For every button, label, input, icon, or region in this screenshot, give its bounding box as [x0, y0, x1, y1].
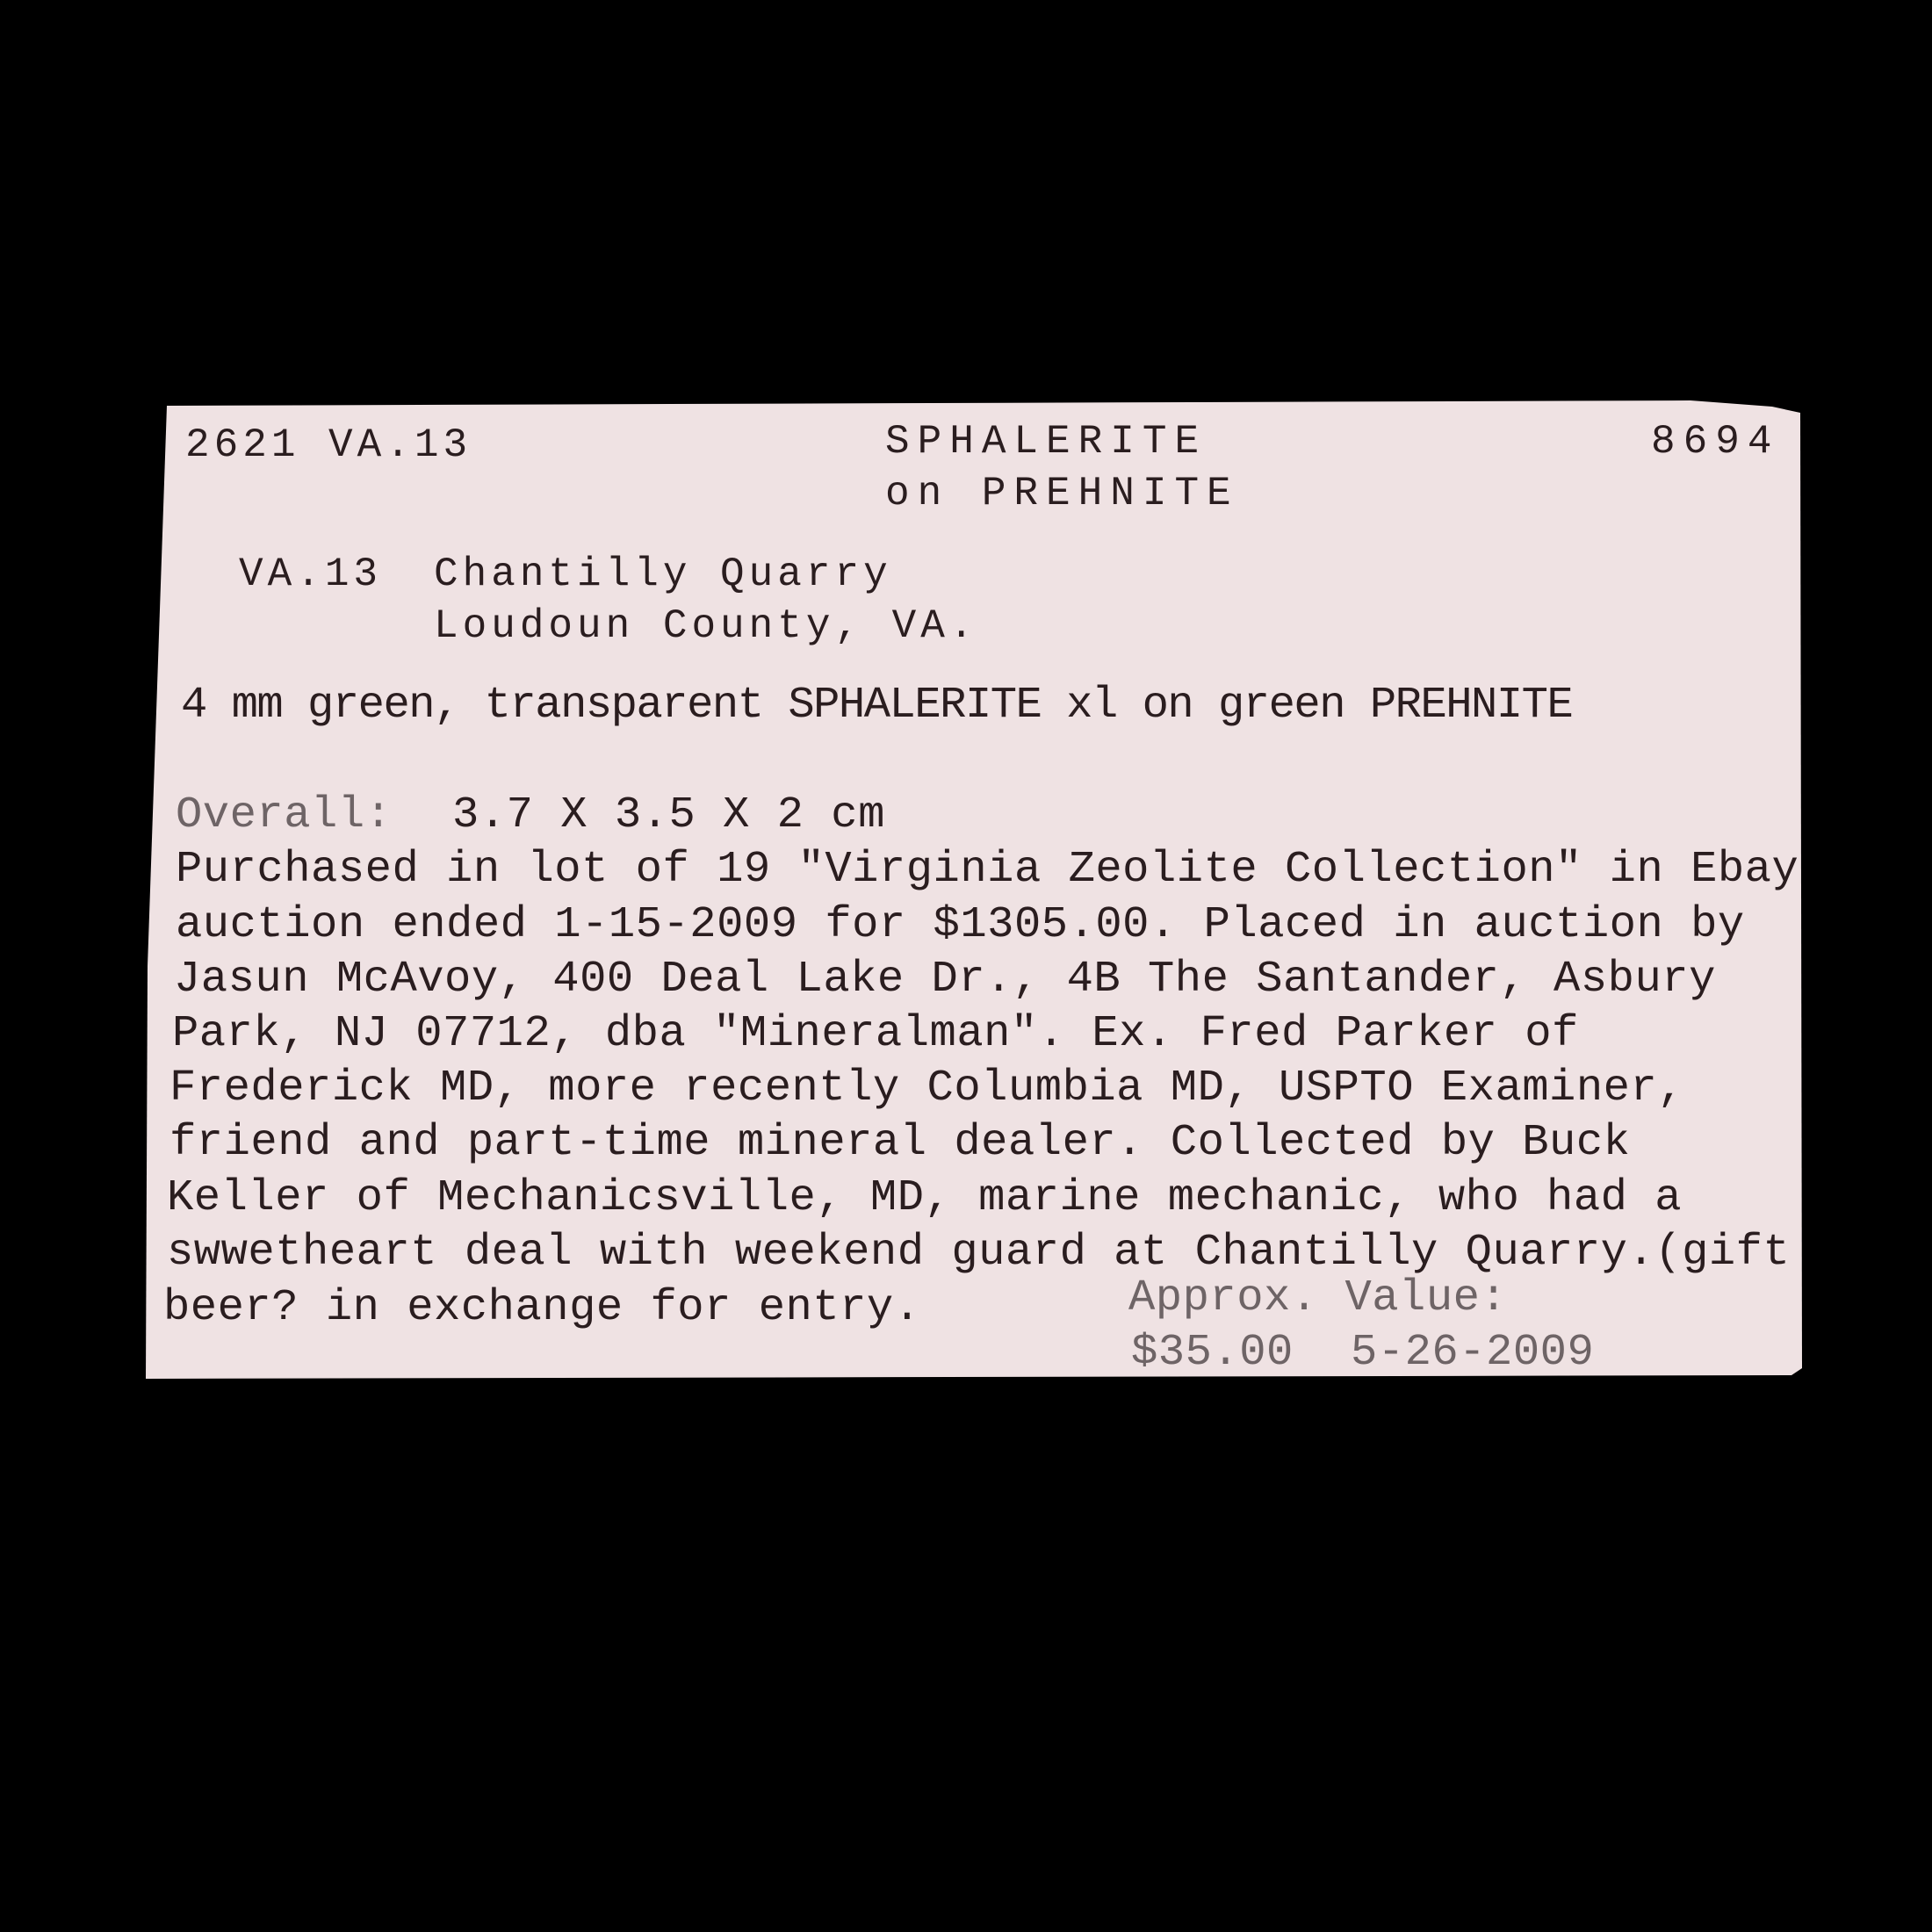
valuation-date: 5-26-2009: [1351, 1331, 1594, 1376]
approx-value-label: Approx. Value:: [1128, 1277, 1507, 1322]
provenance-line: Frederick MD, more recently Columbia MD,…: [169, 1067, 1684, 1112]
provenance-line: swwetheart deal with weekend guard at Ch…: [167, 1231, 1790, 1276]
specimen-number: 8694: [1651, 422, 1779, 462]
locality-region: Loudoun County, VA.: [434, 606, 978, 646]
provenance-line: Park, NJ 07712, dba "Mineralman". Ex. Fr…: [172, 1013, 1579, 1057]
approx-value-amount: $35.00: [1131, 1331, 1294, 1376]
provenance-line: auction ended 1-15-2009 for $1305.00. Pl…: [176, 904, 1745, 948]
dimensions-label: Overall:: [176, 794, 392, 839]
catalog-number: 2621 VA.13: [185, 425, 472, 465]
provenance-line: friend and part-time mineral dealer. Col…: [169, 1121, 1630, 1166]
dimensions-value: 3.7 X 3.5 X 2 cm: [452, 794, 885, 839]
locality-code: VA.13: [239, 554, 382, 595]
provenance-line: Jasun McAvoy, 400 Deal Lake Dr., 4B The …: [174, 958, 1716, 1003]
mineral-title-line-1: SPHALERITE: [885, 422, 1207, 462]
specimen-description: 4 mm green, transparent SPHALERITE xl on…: [181, 684, 1572, 729]
provenance-line: Purchased in lot of 19 "Virginia Zeolite…: [176, 848, 1799, 893]
locality-name: Chantilly Quarry: [434, 554, 892, 595]
provenance-line: beer? in exchange for entry.: [163, 1287, 921, 1331]
provenance-line: Keller of Mechanicsville, MD, marine mec…: [167, 1177, 1682, 1222]
mineral-title-line-2: on PREHNITE: [885, 473, 1239, 514]
